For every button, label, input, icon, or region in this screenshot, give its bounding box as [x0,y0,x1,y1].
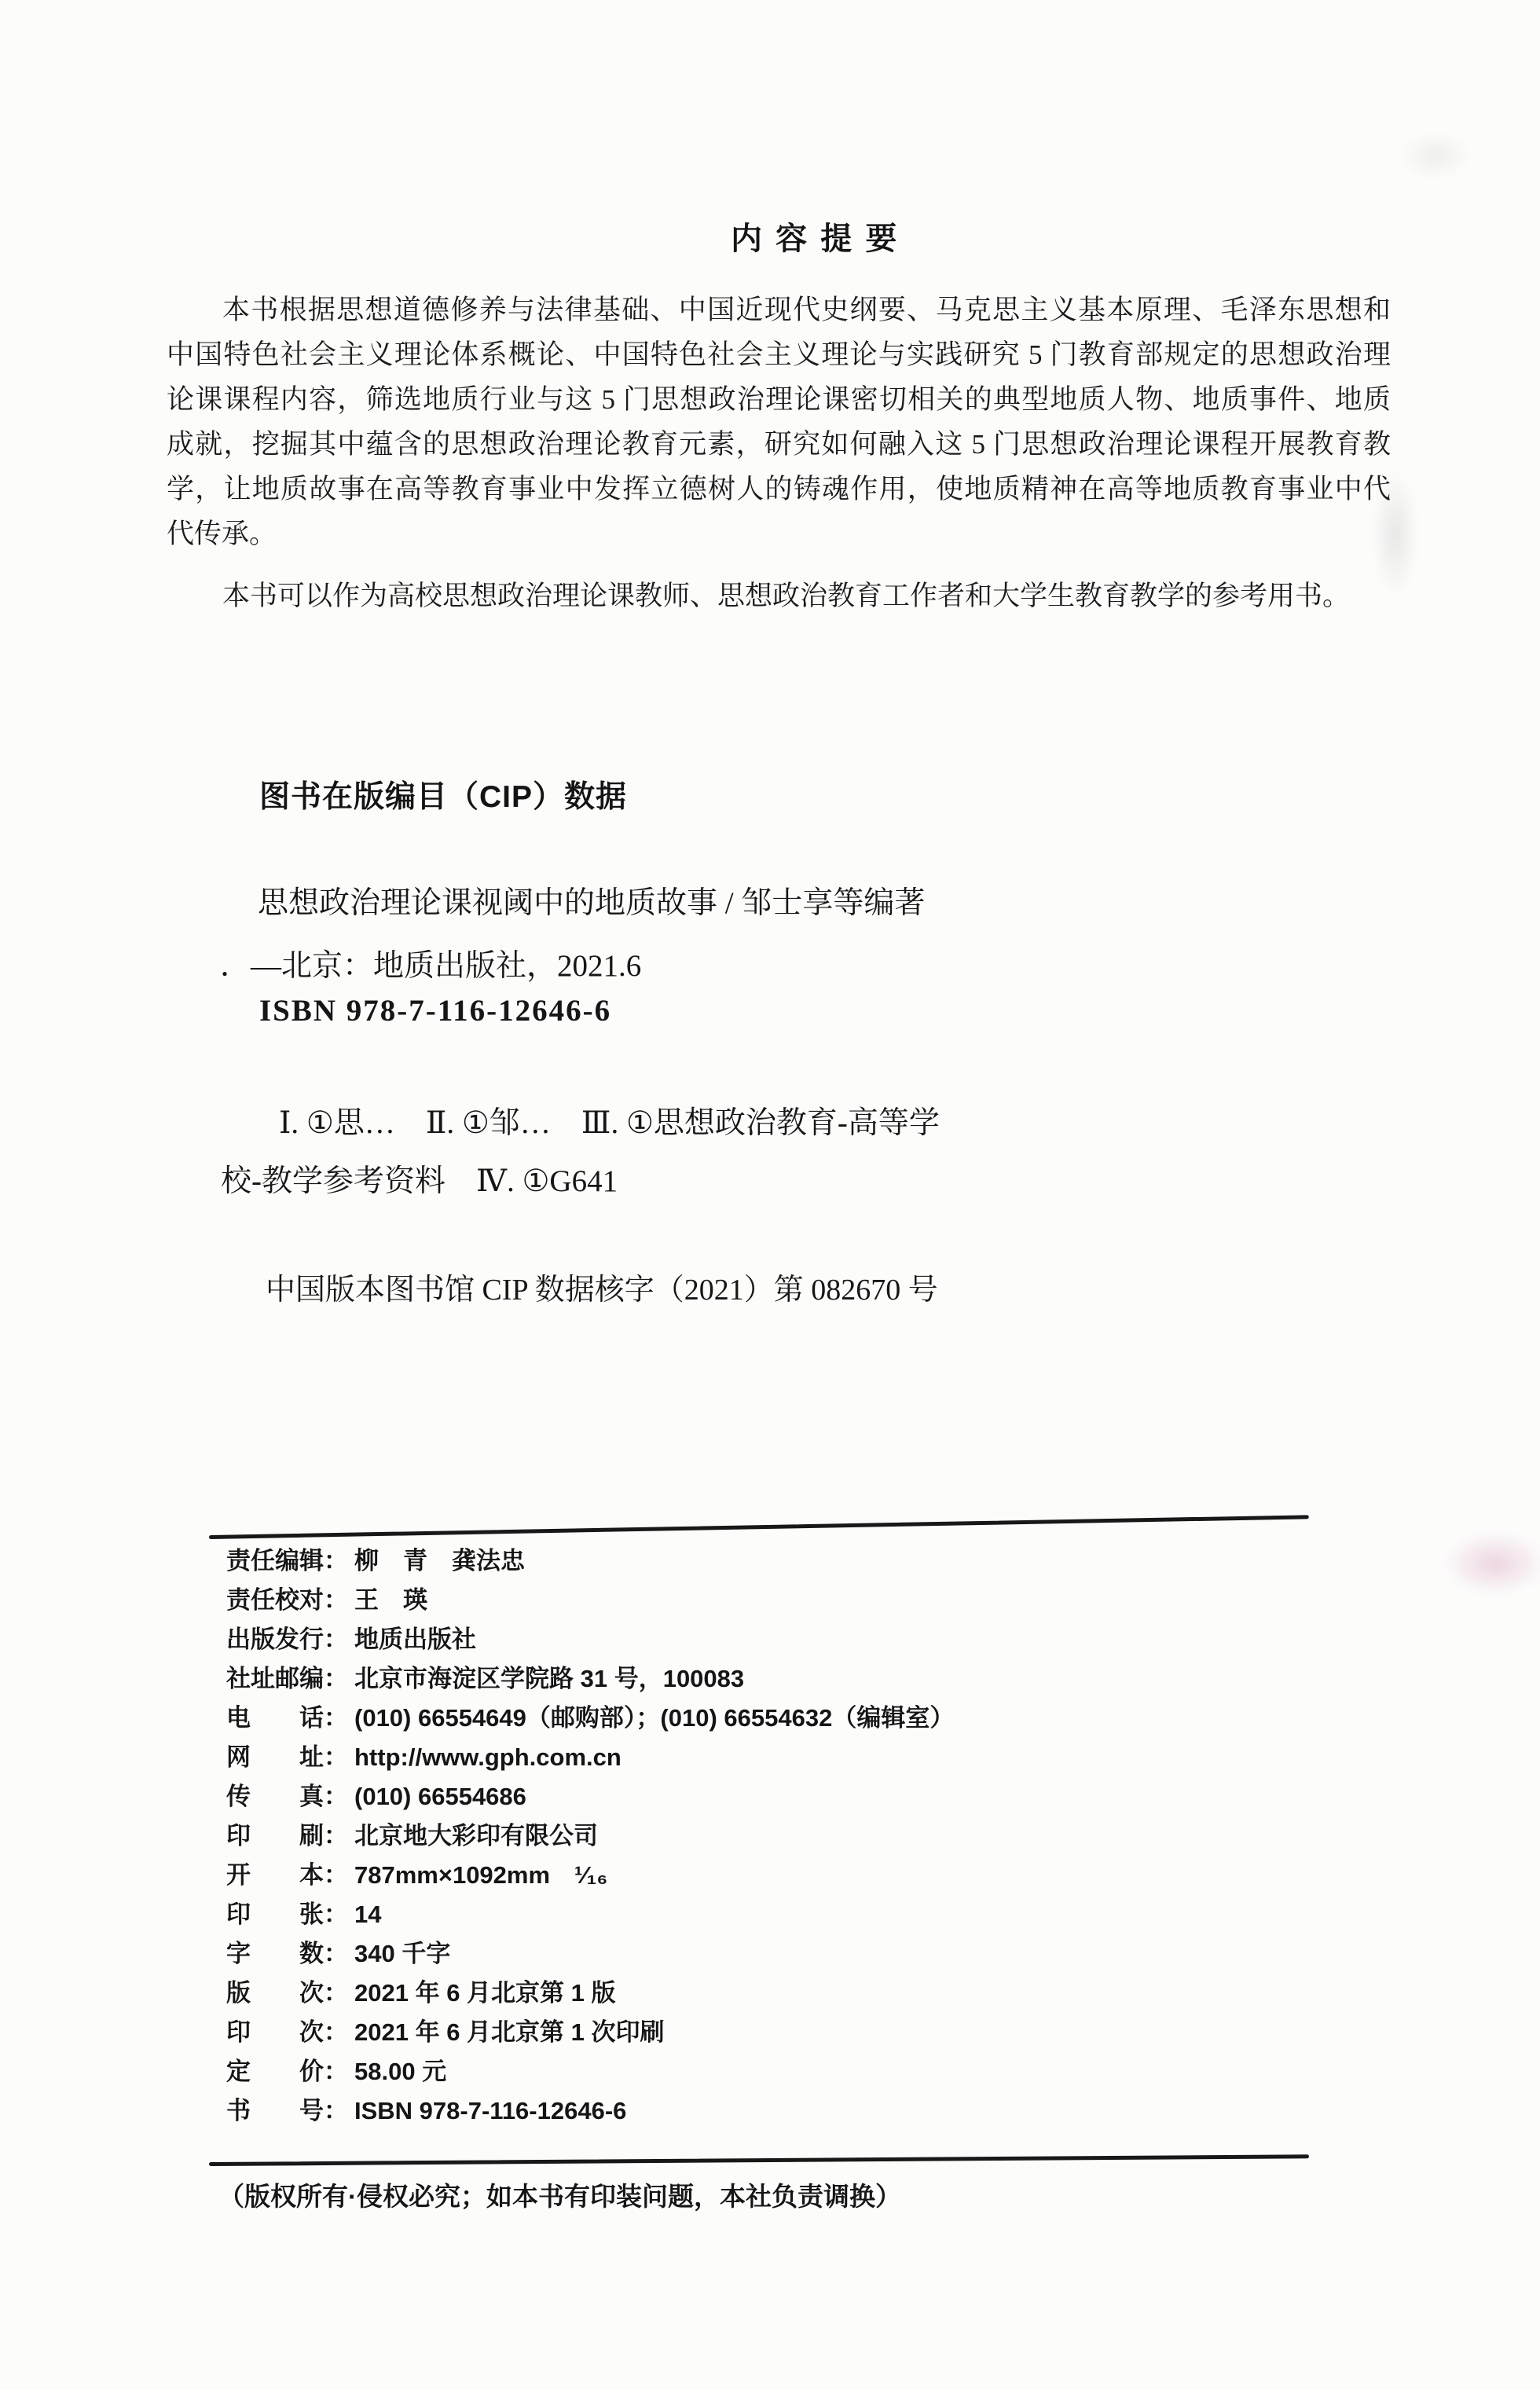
scan-smudge [1444,1532,1540,1595]
summary-line: 成就，挖掘其中蕴含的思想政治理论教育元素，研究如何融入这 5 门思想政治理论课程… [167,422,1391,467]
colophon-label: 出版发行： [226,1626,348,1653]
colophon-value: 柳 青 龚法忠 [354,1547,525,1574]
colophon-value: (010) 66554686 [354,1783,526,1810]
colophon-value: 14 [354,1901,381,1928]
colophon-label: 电 话： [226,1704,348,1732]
colophon-label: 定 价： [226,2058,348,2085]
colophon-row: 定 价：58.00 元 [226,2052,954,2091]
summary-paragraph: 本书根据思想道德修养与法律基础、中国近现代史纲要、马克思主义基本原理、毛泽东思想… [167,288,1391,556]
colophon-row: 印 次：2021 年 6 月北京第 1 次印刷 [226,2013,954,2052]
colophon-label: 印 张： [226,1901,348,1928]
colophon-row: 传 真：(010) 66554686 [226,1777,954,1816]
summary-title: 内 容 提 要 [731,214,899,258]
colophon-row: 印 刷：北京地大彩印有限公司 [226,1816,954,1856]
copyright-warning: （版权所有·侵权必究；如本书有印装问题，本社负责调换） [218,2176,901,2213]
colophon-row: 版 次：2021 年 6 月北京第 1 版 [226,1974,954,2013]
colophon-label: 传 真： [226,1783,348,1810]
cip-publisher-line: ．—北京：地质出版社，2021.6 [220,941,641,985]
colophon-row: 开 本：787mm×1092mm ¹⁄₁₆ [226,1856,954,1895]
colophon-value: 787mm×1092mm ¹⁄₁₆ [354,1861,607,1889]
colophon-label: 印 次： [226,2018,348,2046]
colophon-label: 开 本： [226,1861,348,1889]
cip-record-number-line: 中国版本图书馆 CIP 数据核字（2021）第 082670 号 [266,1265,938,1308]
colophon-row: 字 数：340 千字 [226,1934,954,1974]
colophon-value: http://www.gph.com.cn [354,1743,621,1771]
summary-line: 本书根据思想道德修养与法律基础、中国近现代史纲要、马克思主义基本原理、毛泽东思想… [167,288,1391,332]
colophon-value: ISBN 978-7-116-12646-6 [354,2097,626,2124]
summary-line: 中国特色社会主义理论体系概论、中国特色社会主义理论与实践研究 5 门教育部规定的… [167,332,1391,377]
colophon-row: 印 张：14 [226,1895,954,1934]
colophon-row: 电 话：(010) 66554649（邮购部）；(010) 66554632（编… [226,1699,954,1738]
cip-classification-line-1: Ⅰ. ①思… Ⅱ. ①邹… Ⅲ. ①思想政治教育-高等学 [279,1098,940,1142]
cip-isbn-line: ISBN 978-7-116-12646-6 [259,993,611,1028]
colophon: 责任编辑：柳 青 龚法忠 责任校对：王 瑛 出版发行：地质出版社 社址邮编：北京… [226,1541,954,2131]
colophon-label: 印 刷： [226,1822,348,1849]
summary-usage-note: 本书可以作为高校思想政治理论课教师、思想政治教育工作者和大学生教育教学的参考用书… [167,574,1391,614]
colophon-label: 责任编辑： [226,1547,348,1574]
colophon-label: 社址邮编： [226,1665,348,1692]
summary-line: 代传承。 [167,511,1391,556]
divider-bottom [209,2154,1309,2166]
colophon-row: 书 号：ISBN 978-7-116-12646-6 [226,2091,954,2131]
colophon-value: 58.00 元 [354,2058,446,2085]
colophon-label: 版 次： [226,1979,348,2007]
colophon-label: 字 数： [226,1940,348,1967]
colophon-value: 2021 年 6 月北京第 1 版 [354,1979,616,2007]
colophon-row: 社址邮编：北京市海淀区学院路 31 号，100083 [226,1659,954,1699]
colophon-row: 出版发行：地质出版社 [226,1620,954,1659]
cip-header: 图书在版编目（CIP）数据 [259,772,627,816]
colophon-label: 书 号： [226,2097,348,2124]
book-copyright-page: 内 容 提 要 本书根据思想道德修养与法律基础、中国近现代史纲要、马克思主义基本… [0,0,1540,2390]
cip-classification-line-2: 校-教学参考资料 Ⅳ. ①G641 [221,1157,618,1200]
summary-line: 学，让地质故事在高等教育事业中发挥立德树人的铸魂作用，使地质精神在高等地质教育事… [167,467,1391,511]
summary-line: 论课课程内容，筛选地质行业与这 5 门思想政治理论课密切相关的典型地质人物、地质… [167,377,1391,422]
colophon-value: 地质出版社 [354,1626,476,1653]
colophon-label: 网 址： [226,1743,348,1771]
colophon-label: 责任校对： [226,1586,348,1614]
colophon-value: 340 千字 [354,1940,450,1967]
colophon-value: 北京地大彩印有限公司 [354,1822,598,1849]
cip-title-line: 思想政治理论课视阈中的地质故事 / 邹士享等编著 [258,878,925,922]
colophon-value: (010) 66554649（邮购部）；(010) 66554632（编辑室） [354,1704,954,1732]
scan-smudge [1400,132,1471,179]
colophon-row: 责任校对：王 瑛 [226,1581,954,1620]
colophon-row: 网 址：http://www.gph.com.cn [226,1738,954,1777]
divider-top [209,1515,1309,1539]
colophon-value: 王 瑛 [354,1586,427,1614]
colophon-value: 2021 年 6 月北京第 1 次印刷 [354,2018,665,2046]
colophon-value: 北京市海淀区学院路 31 号，100083 [354,1665,744,1692]
colophon-row: 责任编辑：柳 青 龚法忠 [226,1541,954,1581]
